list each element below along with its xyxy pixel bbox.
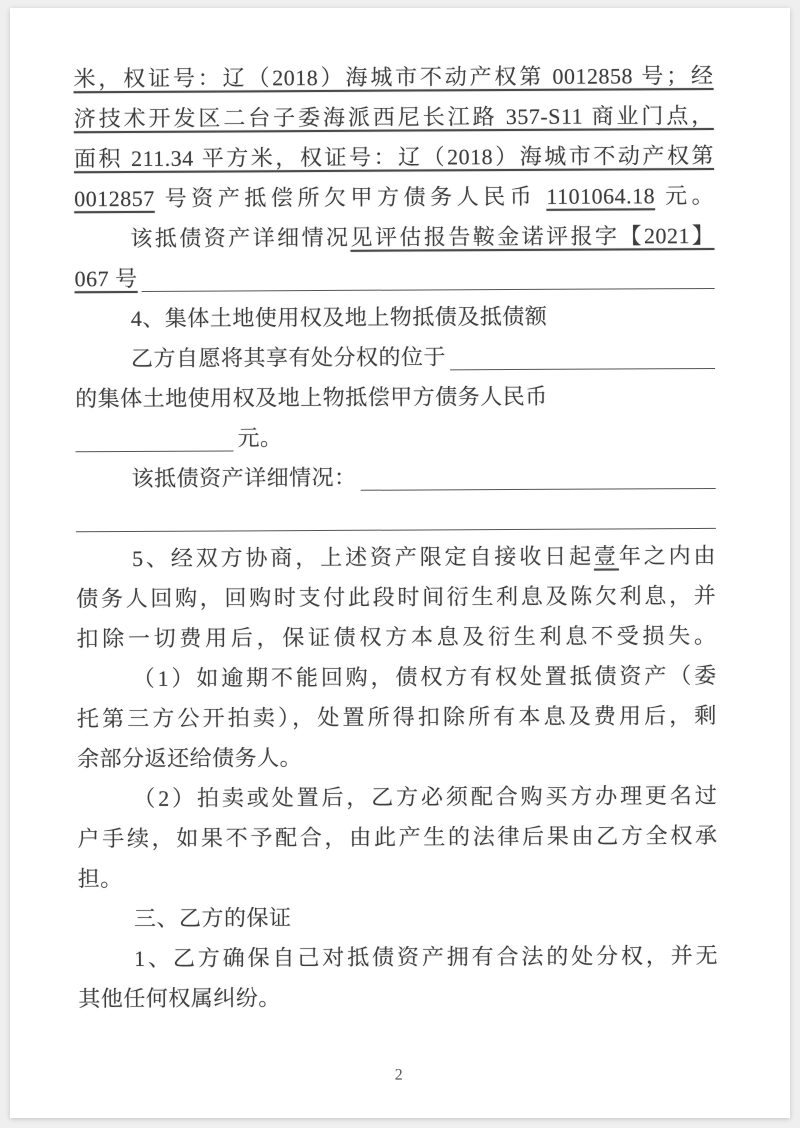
blank-underline: [76, 527, 716, 532]
contract-line: 债务人回购，回购时支付此段时间衍生利息及陈欠利息，并: [76, 576, 716, 619]
line-text: （2）拍卖或处置后，乙方必须配合购买方办理更名过: [133, 783, 717, 811]
line-text: 其他任何权属纠纷。: [78, 985, 281, 1011]
underlined-text: 壹: [594, 543, 619, 568]
contract-line: 元。: [75, 416, 715, 459]
contract-line: 托第三方公开拍卖），处置所得扣除所有本息及费用后，剩: [77, 696, 717, 739]
contract-line: 067 号: [74, 256, 714, 299]
line-text: 托第三方公开拍卖），处置所得扣除所有本息及费用后，剩: [77, 703, 717, 731]
page-number: 2: [79, 1062, 719, 1089]
contract-line: 济技术开发区二台子委海派西尼长江路 357-S11 商业门点，: [74, 96, 714, 139]
contract-line: 乙方自愿将其享有处分权的位于: [75, 336, 715, 379]
contract-line: （1）如逾期不能回购，债权方有权处置抵债资产（委: [77, 656, 717, 699]
line-text: 的集体土地使用权及地上物抵偿甲方债务人民币: [75, 384, 548, 411]
line-text: 号资产抵偿所欠甲方债务人民币: [155, 184, 547, 211]
contract-line: 户手续，如果不予配合，由此产生的法律后果由乙方全权承: [77, 816, 717, 859]
contract-line: 该抵债资产详细情况：: [76, 456, 716, 499]
contract-line: 0012857 号资产抵偿所欠甲方债务人民币 1101064.18 元。: [74, 176, 714, 219]
underlined-text: 067 号: [74, 259, 137, 299]
contract-line: 担。: [78, 856, 718, 899]
underlined-text: 1101064.18: [546, 183, 655, 209]
contract-line: 1、乙方确保自己对抵债资产拥有合法的处分权，并无: [78, 936, 718, 979]
contract-line: 该抵债资产详细情况见评估报告鞍金诺评报字【2021】: [74, 216, 714, 259]
line-text: 该抵债资产详细情况: [130, 225, 350, 251]
contract-line: 面积 211.34 平方米，权证号：辽（2018）海城市不动产权第: [74, 136, 714, 179]
line-text: 年之内由: [619, 543, 716, 569]
line-text: 该抵债资产详细情况：: [132, 458, 357, 499]
contract-line: （2）拍卖或处置后，乙方必须配合购买方办理更名过: [77, 776, 717, 819]
line-text: 扣除一切费用后，保证债权方本息及衍生利息不受损失。: [76, 623, 716, 651]
line-text: 债务人回购，回购时支付此段时间衍生利息及陈欠利息，并: [76, 583, 716, 611]
blank-underline: [361, 487, 716, 491]
contract-line: 米，权证号：辽（2018）海城市不动产权第 0012858 号；经: [73, 56, 713, 99]
contract-text-block: 米，权证号：辽（2018）海城市不动产权第 0012858 号；经 济技术开发区…: [7, 6, 793, 1090]
line-text: 1、乙方确保自己对抵债资产拥有合法的处分权，并无: [134, 943, 718, 971]
contract-line: 余部分返还给债务人。: [77, 736, 717, 779]
underlined-text: 面积 211.34 平方米，权证号：辽（2018）海城市不动产权第: [74, 143, 714, 171]
line-text: 三、乙方的保证: [134, 905, 292, 931]
contract-line: 5、经双方协商，上述资产限定自接收日起壹年之内由: [76, 536, 716, 579]
line-text: 余部分返还给债务人。: [77, 745, 302, 771]
line-text: 户手续，如果不予配合，由此产生的法律后果由乙方全权承: [77, 823, 717, 851]
line-text: 元。: [237, 418, 282, 458]
line-text: 5、经双方协商，上述资产限定自接收日起: [132, 544, 594, 571]
blank-underline: [75, 449, 233, 452]
underlined-text: 济技术开发区二台子委海派西尼长江路 357-S11 商业门点，: [74, 103, 714, 131]
underlined-text: 见评估报告鞍金诺评报字【2021】: [350, 223, 714, 250]
underlined-text: 米，权证号：辽（2018）海城市不动产权第 0012858 号；经: [73, 63, 713, 91]
contract-line: 扣除一切费用后，保证债权方本息及衍生利息不受损失。: [76, 616, 716, 659]
blank-underline: [142, 287, 715, 292]
contract-line: 其他任何权属纠纷。: [78, 976, 718, 1019]
contract-line: 的集体土地使用权及地上物抵偿甲方债务人民币: [75, 376, 715, 419]
document-page: 米，权证号：辽（2018）海城市不动产权第 0012858 号；经 济技术开发区…: [10, 8, 790, 1118]
contract-line: 4、集体土地使用权及地上物抵债及抵债额: [75, 296, 715, 339]
contract-line: 三、乙方的保证: [78, 896, 718, 939]
line-text: 4、集体土地使用权及地上物抵债及抵债额: [131, 304, 548, 331]
line-text: 乙方自愿将其享有处分权的位于: [131, 337, 446, 379]
line-text: 担。: [78, 866, 123, 891]
contract-line: [76, 496, 716, 539]
blank-underline: [450, 367, 715, 370]
underlined-text: 0012857: [74, 186, 155, 211]
line-text: （1）如逾期不能回购，债权方有权处置抵债资产（委: [133, 663, 717, 691]
line-text: 元。: [655, 183, 714, 208]
